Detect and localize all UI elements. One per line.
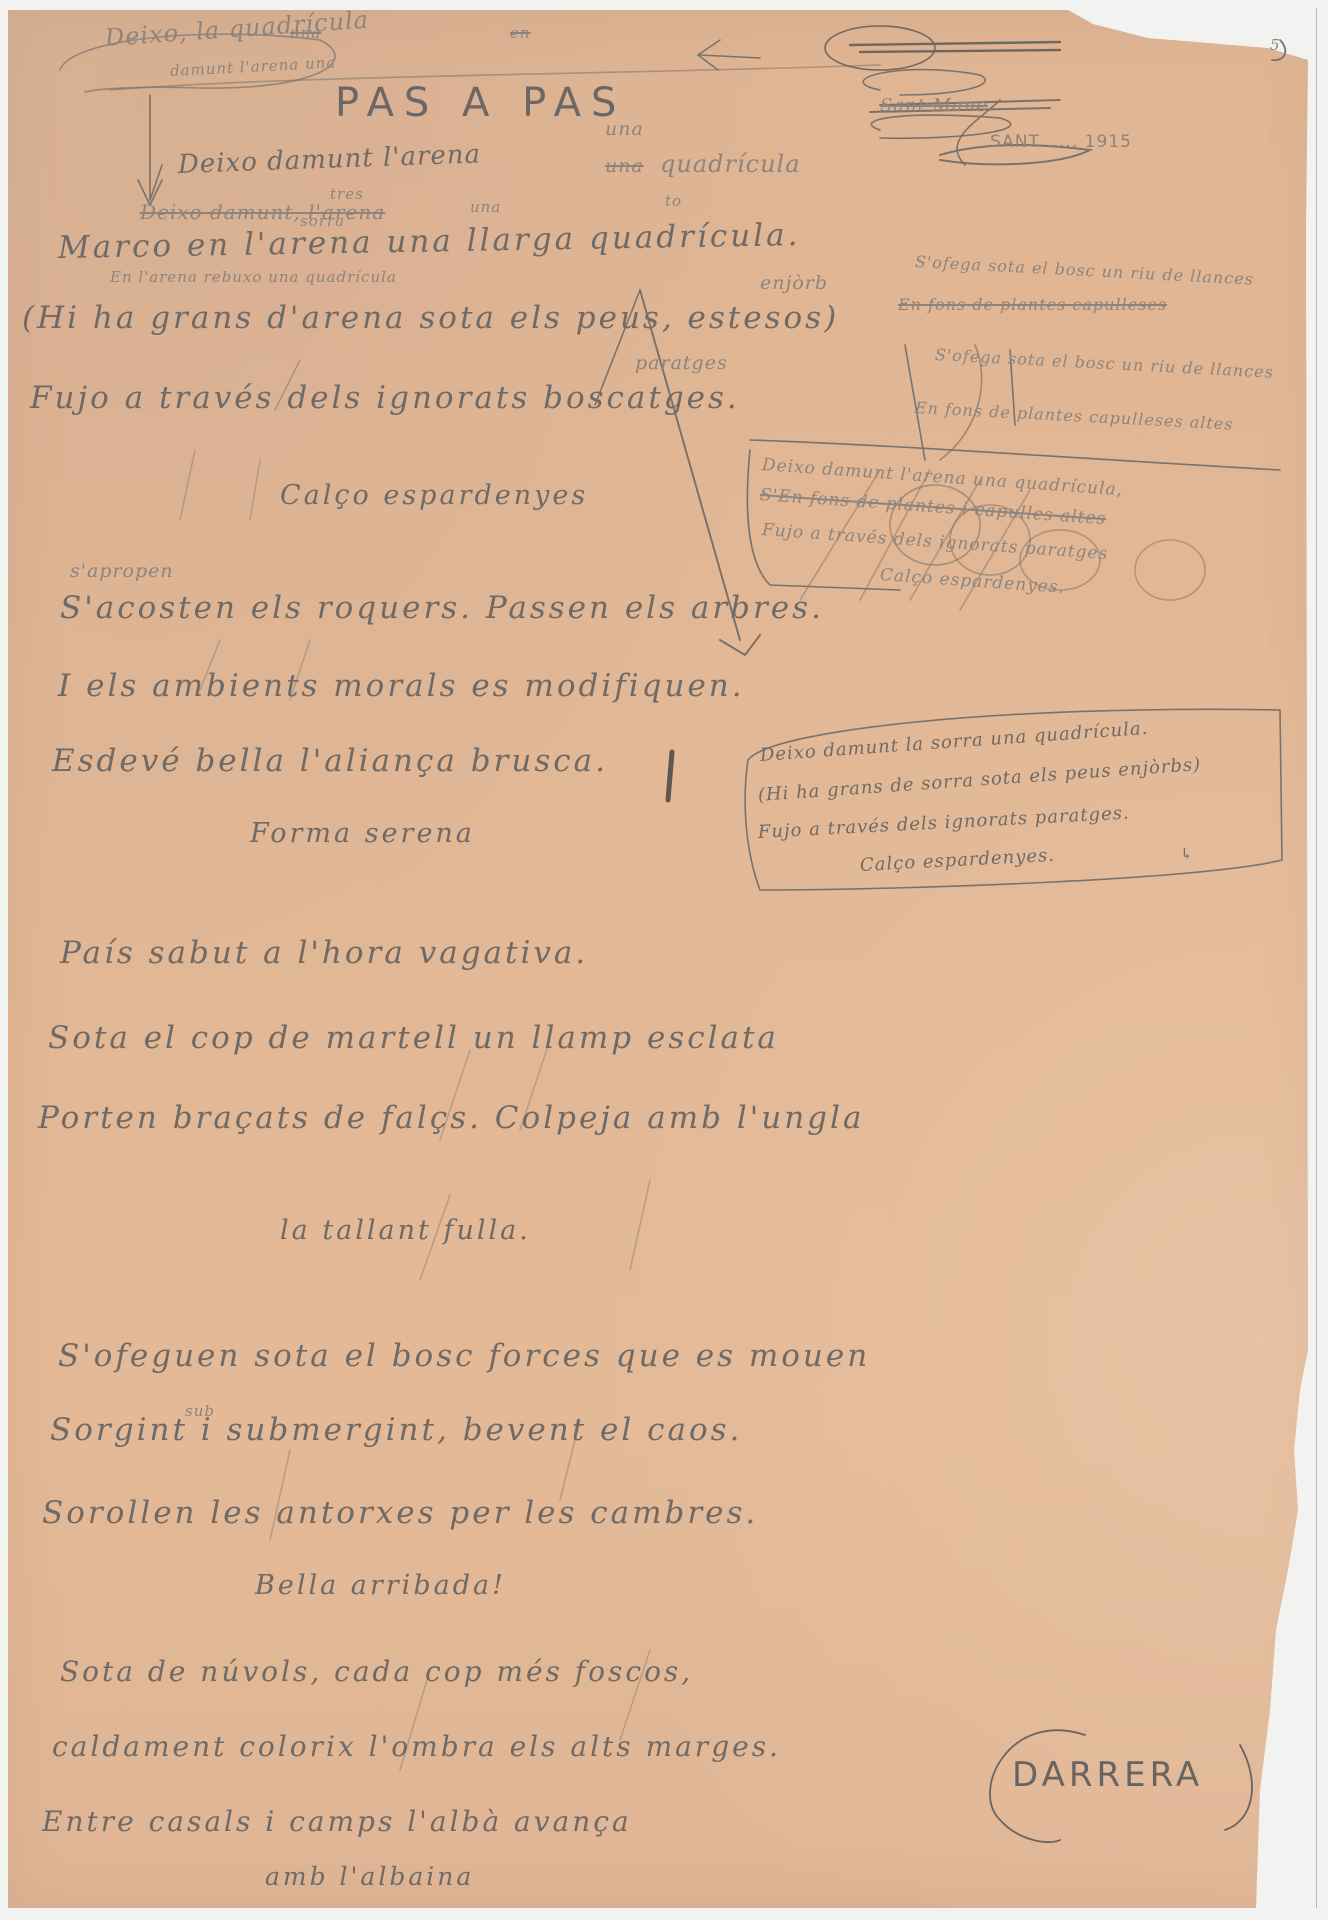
poem-line-14: Sorgint i submergint, bevent el caos. [50,1412,742,1448]
draft-first-far: en [510,24,531,42]
poem-line-2: (Hi ha grans d'arena sota els peus, este… [22,300,839,336]
poem-line-4: Calço espardenyes [280,480,588,511]
draft-third-mark: to [665,192,682,210]
poem-line-10: Sota el cop de martell un llamp esclata [48,1020,779,1056]
draft-third-una: una [470,198,501,216]
poem-line-12: la tallant fulla. [280,1215,531,1246]
draft-second-insert: una [605,118,644,140]
draft-second-strike: una [605,155,644,177]
topright-line1: Sant Mane [880,95,988,116]
poem-line-18: caldament colorix l'ombra els alts marge… [52,1730,781,1763]
poem-line-17: Sota de núvols, cada cop més foscos, [60,1655,693,1688]
darrera-label: DARRERA [1012,1755,1203,1795]
poem-line-1-correction: En l'arena rebuxo una quadrícula [110,268,397,286]
poem-line-5-insert: s'apropen [70,560,174,582]
poem-line-16: Bella arribada! [255,1570,506,1601]
box-2-mark: ↳ [1180,845,1194,863]
poem-line-9: País sabut a l'hora vagativa. [60,935,588,971]
poem-line-19: Entre casals i camps l'albà avança [42,1805,632,1838]
poem-line-6: I els ambients morals es modifiquen. [58,668,745,704]
draft-first-strike: una [290,24,321,42]
poem-line-13: S'ofeguen sota el bosc forces que es mou… [58,1338,870,1374]
draft-third-insert-top: tres [330,185,364,203]
poem-line-7: Esdevé bella l'aliança brusca. [52,743,608,779]
poem-line-3: Fujo a través dels ignorats boscatges. [30,380,740,416]
draft-second-end: quadrícula [660,150,801,178]
page-number: 5 [1270,36,1281,54]
page-title: PAS A PAS [335,80,626,126]
poem-line-5: S'acosten els roquers. Passen els arbres… [60,590,824,626]
poem-line-11: Porten braçats de falçs. Colpeja amb l'u… [38,1100,864,1136]
topright-line2: SANT ..... 1915 [990,132,1132,152]
poem-line-20: amb l'albaina [265,1862,474,1891]
scan-mount-edge [1316,8,1317,1908]
poem-line-2-insert: enjòrb [760,272,828,294]
draft-third-strike: Deixo damunt, l'arena [140,200,385,224]
margin-note-1-line2: En fons de plantes capulleses [898,295,1167,314]
poem-line-15: Sorollen les antorxes per les cambres. [42,1495,758,1531]
poem-line-3-insert: paratges [635,352,728,374]
poem-line-8: Forma serena [250,818,475,849]
